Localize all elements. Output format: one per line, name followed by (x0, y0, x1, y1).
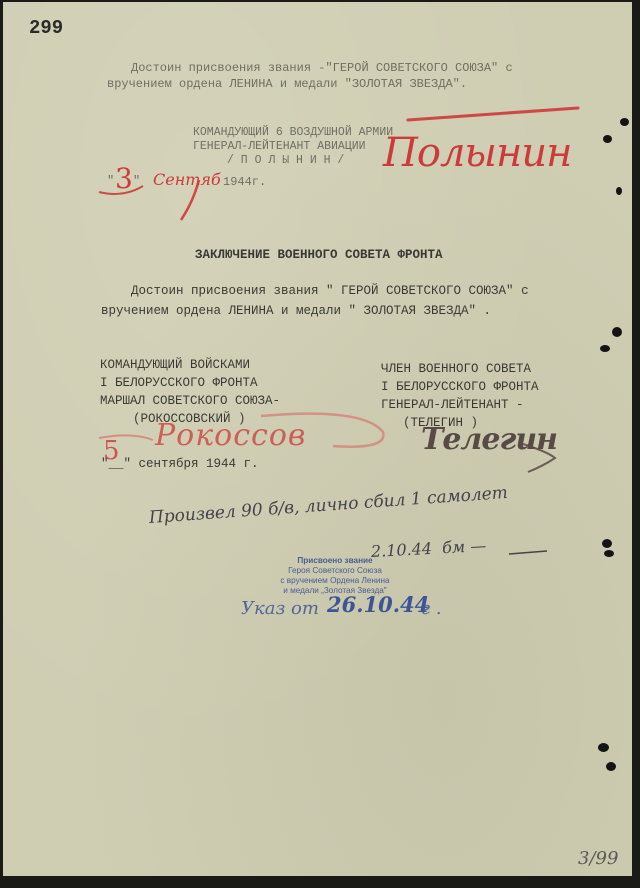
council-date: "__" сентября 1944 г. (101, 457, 259, 471)
binding-hole-3 (616, 187, 622, 195)
army-date-year: 1944г. (223, 175, 266, 189)
council-conclusion-line-2: вручением ордена ЛЕНИНА и медали " ЗОЛОТ… (101, 304, 491, 318)
left-signatory-signature: Рокоссов (155, 418, 306, 453)
right-signatory-signature: Телегин (421, 422, 557, 457)
recommendation-line-2: вручением ордена ЛЕНИНА и медали "ЗОЛОТА… (107, 77, 467, 91)
council-conclusion-line-1: Достоин присвоения звания " ГЕРОЙ СОВЕТС… (131, 284, 529, 298)
army-date-quote-open: " (107, 174, 114, 188)
document-page: 299 Достоин присвоения звания -"ГЕРОЙ СО… (3, 2, 632, 876)
award-stamp: Присвоено звание Героя Советского Союза … (265, 556, 405, 596)
council-date-day: 5 (103, 436, 120, 466)
right-signatory-line-3: ГЕНЕРАЛ-ЛЕЙТЕНАНТ - (381, 398, 524, 412)
left-signatory-line-3: МАРШАЛ СОВЕТСКОГО СОЮЗА- (100, 394, 280, 408)
page-number: 299 (29, 17, 63, 39)
stamp-line-2: Героя Советского Союза (265, 566, 405, 576)
recommendation-line-1: Достоин присвоения звания -"ГЕРОЙ СОВЕТС… (131, 61, 513, 75)
army-date-day: 3 (115, 162, 133, 195)
left-signatory-line-2: I БЕЛОРУССКОГО ФРОНТА (100, 376, 258, 390)
binding-hole-9 (606, 762, 616, 771)
binding-hole-7 (604, 550, 614, 557)
binding-hole-8 (598, 743, 609, 752)
handwritten-note-line-1: Произвел 90 б/в, лично сбил 1 самолет (148, 483, 508, 528)
binding-hole-6 (602, 539, 612, 548)
stamp-line-1: Присвоено звание (265, 556, 405, 566)
binding-hole-4 (612, 327, 622, 337)
army-commander-signature: Полынин (383, 130, 571, 176)
army-commander-name: / П О Л Ы Н И Н / (227, 154, 344, 167)
decree-suffix: г . (421, 598, 442, 619)
army-date-month-handwritten: Сентяб (153, 170, 221, 189)
binding-hole-5 (600, 345, 610, 352)
decree-prefix: Указ от (241, 598, 319, 619)
decree-date: 26.10.44 (327, 592, 429, 617)
army-date-quote-close: " (133, 174, 140, 188)
left-signatory-line-1: КОМАНДУЮЩИЙ ВОЙСКАМИ (100, 358, 250, 372)
binding-hole-1 (620, 118, 629, 126)
right-signatory-line-2: I БЕЛОРУССКОГО ФРОНТА (381, 380, 539, 394)
council-conclusion-title: ЗАКЛЮЧЕНИЕ ВОЕННОГО СОВЕТА ФРОНТА (195, 248, 443, 262)
stamp-line-3: с вручением Ордена Ленина (265, 576, 405, 586)
binding-hole-2 (603, 135, 612, 143)
right-signatory-line-1: ЧЛЕН ВОЕННОГО СОВЕТА (381, 362, 531, 376)
army-commander-title-1: КОМАНДУЮЩИЙ 6 ВОЗДУШНОЙ АРМИИ (193, 126, 393, 139)
sheet-mark: 3/99 (578, 848, 618, 869)
army-commander-title-2: ГЕНЕРАЛ-ЛЕЙТЕНАНТ АВИАЦИИ (193, 140, 366, 153)
